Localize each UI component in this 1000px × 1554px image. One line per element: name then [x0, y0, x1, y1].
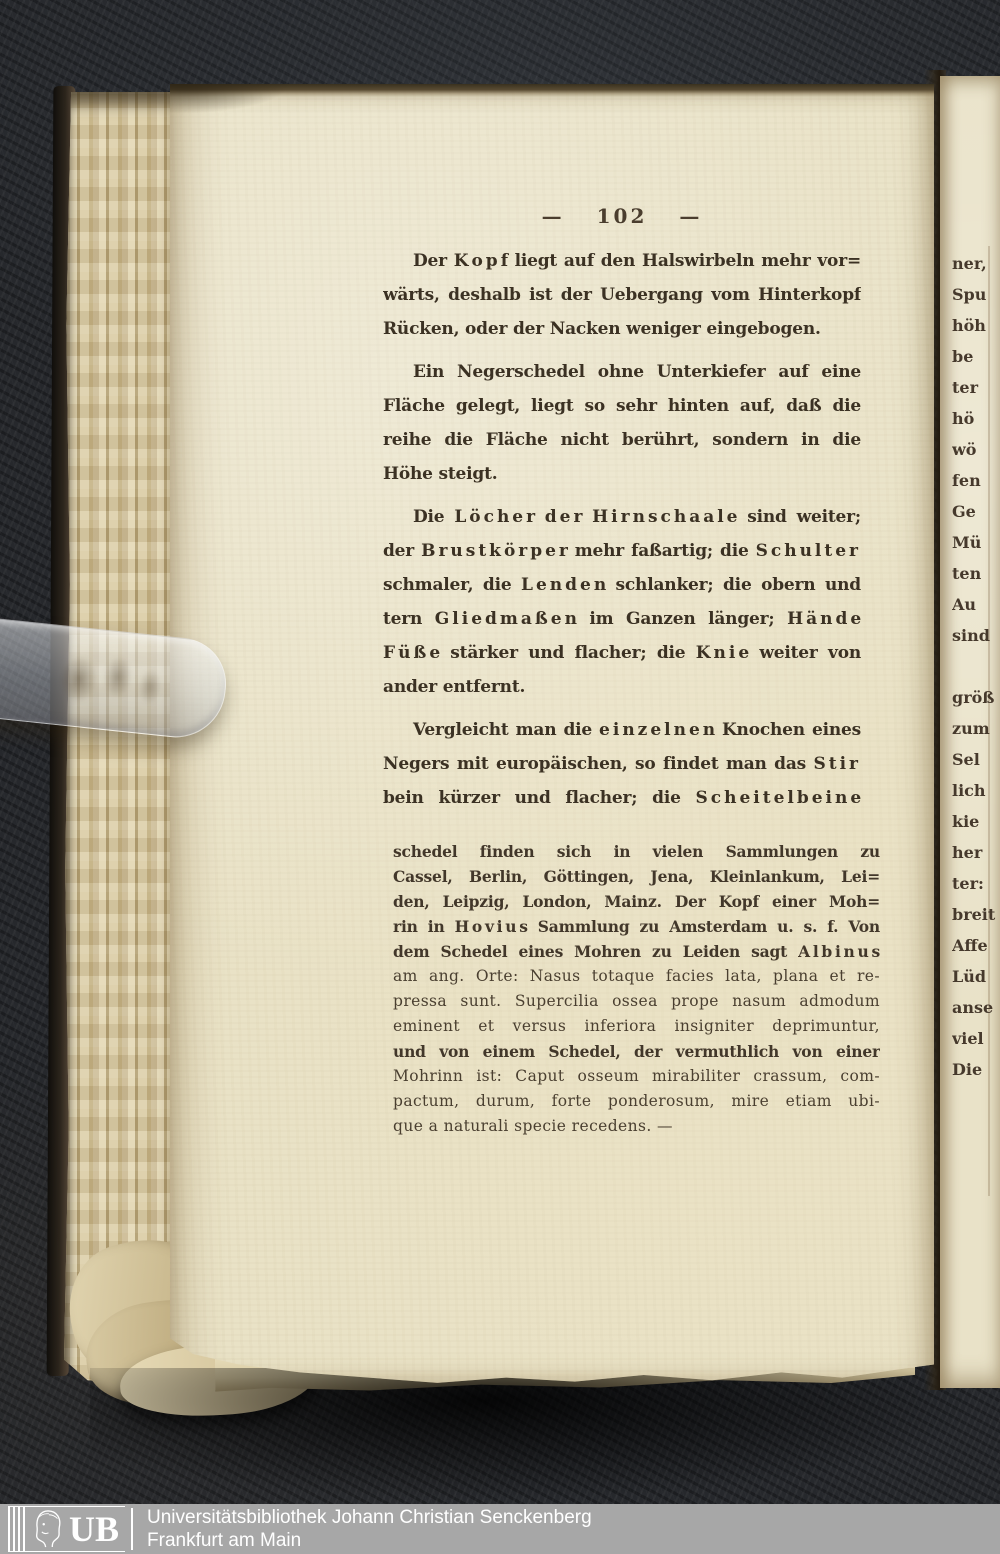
footnote-line: pactum, durum, forte ponderosum, mire et…	[393, 1089, 880, 1114]
facing-text-fragment: breit	[952, 899, 1000, 930]
banner-line1: Universitätsbibliothek Johann Christian …	[147, 1506, 592, 1529]
facing-text-fragment: kie	[952, 806, 1000, 837]
facing-text-fragment: be	[952, 341, 1000, 372]
page-top-stain-corner	[170, 84, 290, 114]
facing-text-fragment: Mü	[952, 527, 1000, 558]
scanned-page-102: — 102 — Der K o p f liegt auf den Halswi…	[170, 84, 934, 1396]
text-line: Ein Negerschedel ohne Unterkiefer auf ei…	[383, 355, 861, 389]
facing-text-fragment: sind	[952, 620, 1000, 651]
footnote-line: und von einem Schedel, der vermuthlich v…	[393, 1039, 880, 1064]
text-line: F ü ß e stärker und flacher; die K n i e…	[383, 636, 861, 670]
footnote-line: rin in H o v i u s Sammlung zu Amsterdam…	[393, 914, 880, 939]
footnote-line: dem Schedel eines Mohren zu Leiden sagt …	[393, 939, 880, 964]
text-line: bein kürzer und flacher; die S c h e i t…	[383, 781, 861, 815]
text-line: Rücken, oder der Nacken weniger eingebog…	[383, 312, 861, 346]
text-line: Die L ö c h e r d e r H i r n s c h a a …	[383, 500, 861, 534]
text-line: Fläche gelegt, liegt so sehr hinten auf,…	[383, 389, 861, 423]
banner-separator	[131, 1508, 133, 1550]
facing-text-fragment: viel	[952, 1023, 1000, 1054]
facing-text-fragment: ner,	[952, 248, 1000, 279]
facing-text-fragment: hö	[952, 403, 1000, 434]
text-line: Höhe steigt.	[383, 457, 861, 491]
book-bottom-shadow	[90, 1368, 970, 1498]
facing-text-fragment: anse	[952, 992, 1000, 1023]
banner-text: Universitätsbibliothek Johann Christian …	[147, 1506, 592, 1552]
scanned-book-photo: — 102 — Der K o p f liegt auf den Halswi…	[0, 0, 1000, 1554]
facing-text-fragment: lich	[952, 775, 1000, 806]
text-line: schmaler, die L e n d e n schlanker; die…	[383, 568, 861, 602]
text-line: der B r u s t k ö r p e r mehr faßartig;…	[383, 534, 861, 568]
facing-text-fragment: Ge	[952, 496, 1000, 527]
text-line: ander entfernt.	[383, 670, 861, 704]
library-banner: UB Universitätsbibliothek Johann Christi…	[0, 1504, 1000, 1554]
facing-text-fragment: ter:	[952, 868, 1000, 899]
footnote-block: schedel finden sich in vielen Sammlungen…	[393, 839, 880, 1139]
facing-text-fragment: Lüd	[952, 961, 1000, 992]
facing-text-fragment	[952, 651, 1000, 682]
glass-weight-shadow	[54, 644, 170, 715]
ub-logo: UB	[8, 1506, 125, 1552]
text-line: Der K o p f liegt auf den Halswirbeln me…	[383, 244, 861, 278]
facing-page-sliver: ner,SpuhöhbeterhöwöfenGeMütenAusindgrößz…	[940, 76, 1000, 1388]
text-line: Negers mit europäischen, so findet man d…	[383, 747, 861, 781]
text-line: Vergleicht man die e i n z e l n e n Kno…	[383, 713, 861, 747]
facing-text-fragment: höh	[952, 310, 1000, 341]
facing-text-fragment: fen	[952, 465, 1000, 496]
text-line: wärts, deshalb ist der Uebergang vom Hin…	[383, 278, 861, 312]
facing-text-fragment: Affe	[952, 930, 1000, 961]
facing-text-fragment: zum	[952, 713, 1000, 744]
facing-text-fragment: Spu	[952, 279, 1000, 310]
facing-text-fragment: größ	[952, 682, 1000, 713]
footnote-line: schedel finden sich in vielen Sammlungen…	[393, 839, 880, 864]
text-line: tern G l i e d m a ß e n im Ganzen länge…	[383, 602, 861, 636]
facing-text-fragment: Sel	[952, 744, 1000, 775]
banner-line2: Frankfurt am Main	[147, 1529, 592, 1552]
footnote-line: am ang. Orte: Nasus totaque facies lata,…	[393, 964, 880, 989]
facing-text-fragment: her	[952, 837, 1000, 868]
facing-text-fragment: Au	[952, 589, 1000, 620]
footnote-line: que a naturali specie recedens. —	[393, 1114, 880, 1139]
footnote-line: pressa sunt. Supercilia ossea prope nasu…	[393, 989, 880, 1014]
facing-text-fragment: ter	[952, 372, 1000, 403]
footnote-line: Cassel, Berlin, Göttingen, Jena, Kleinla…	[393, 864, 880, 889]
deckled-page-edges	[64, 92, 182, 1388]
facing-text-fragment: ten	[952, 558, 1000, 589]
facing-page-text-fragments: ner,SpuhöhbeterhöwöfenGeMütenAusindgrößz…	[952, 248, 1000, 1085]
logo-bars-icon	[8, 1507, 25, 1551]
footnote-line: den, Leipzig, London, Mainz. Der Kopf ei…	[393, 889, 880, 914]
page-number: — 102 —	[383, 204, 861, 228]
facing-text-fragment: Die	[952, 1054, 1000, 1085]
footnote-line: eminent et versus inferiora insigniter d…	[393, 1014, 880, 1039]
ub-logo-text: UB	[69, 1509, 119, 1549]
footnote-line: Mohrinn ist: Caput osseum mirabiliter cr…	[393, 1064, 880, 1089]
facing-text-fragment: wö	[952, 434, 1000, 465]
text-line: reihe die Fläche nicht berührt, sondern …	[383, 423, 861, 457]
main-text-block: Der K o p f liegt auf den Halswirbeln me…	[383, 244, 861, 815]
goethe-head-icon	[29, 1507, 67, 1551]
